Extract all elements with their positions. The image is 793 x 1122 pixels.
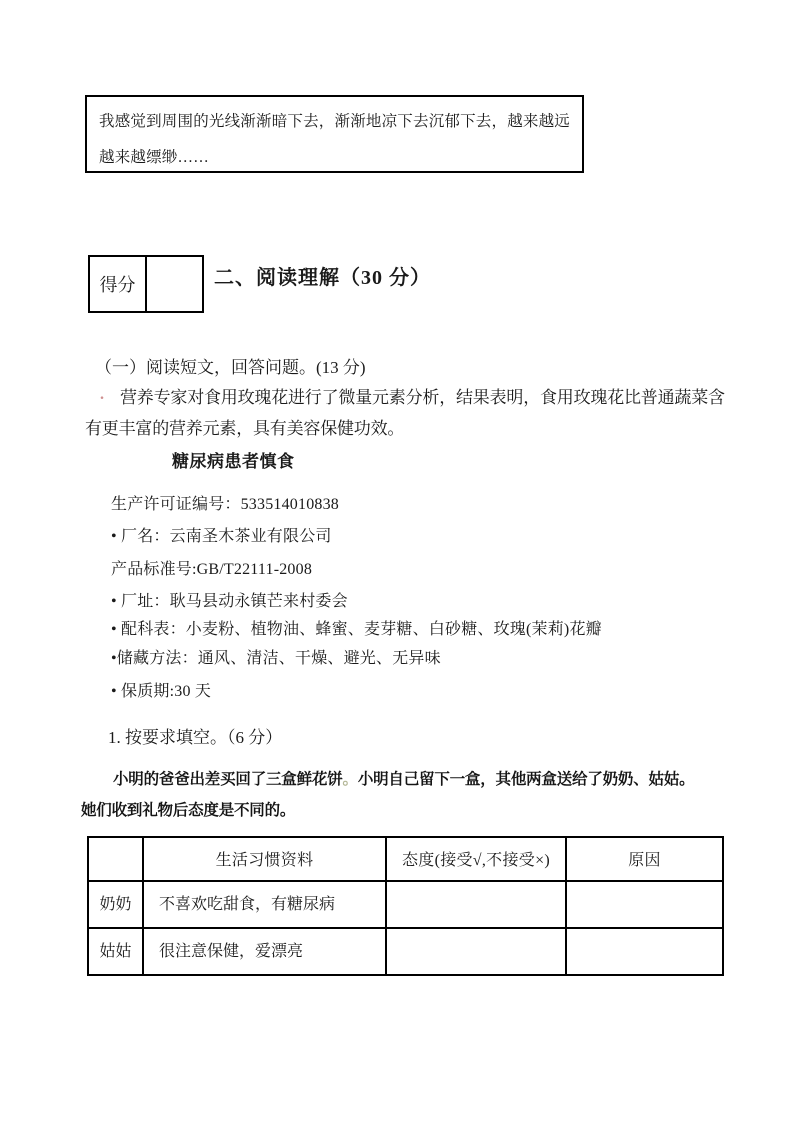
intro-paragraph-line-1: 营养专家对食用玫瑰花进行了微量元素分析，结果表明，食用玫瑰花比普通蔬菜含 bbox=[120, 383, 725, 408]
product-line-factory: • 厂名：云南圣木茶业有限公司 bbox=[111, 523, 332, 546]
story-line-1: 小明的爸爸出差买回了三盒鲜花饼。小明自己留下一盒，其他两盒送给了奶奶、姑姑。 bbox=[113, 767, 694, 789]
answer-table: 生活习惯资料 态度(接受√,不接受×) 原因 奶奶 不喜欢吃甜食，有糖尿病 姑姑… bbox=[87, 836, 724, 976]
header-cell-reason: 原因 bbox=[566, 837, 723, 881]
aunt-name-cell: 姑姑 bbox=[88, 928, 143, 975]
score-label-cell: 得分 bbox=[89, 256, 146, 312]
intro-paragraph-line-2: 有更丰富的营养元素，具有美容保健功效。 bbox=[85, 414, 404, 439]
score-value-cell bbox=[146, 256, 203, 312]
aunt-reason-cell bbox=[566, 928, 723, 975]
story-text-part2: 小明自己留下一盒，其他两盒送给了奶奶、姑姑。 bbox=[358, 771, 695, 788]
aunt-attitude-cell bbox=[386, 928, 566, 975]
aunt-habit-cell: 很注意保健，爱漂亮 bbox=[143, 928, 386, 975]
question-1-prompt: 1. 按要求填空。（6 分） bbox=[108, 723, 282, 748]
grandma-attitude-cell bbox=[386, 881, 566, 928]
score-box: 得分 bbox=[88, 255, 204, 313]
stray-mark: . bbox=[100, 386, 104, 404]
product-label-title: 糖尿病患者慎食 bbox=[172, 447, 295, 472]
product-line-shelf-life: • 保质期:30 天 bbox=[111, 678, 211, 701]
product-line-storage: •储藏方法：通风、清洁、干燥、避光、无异味 bbox=[111, 645, 441, 668]
grandma-habit-cell: 不喜欢吃甜食，有糖尿病 bbox=[143, 881, 386, 928]
part-heading: （一）阅读短文，回答问题。(13 分) bbox=[95, 353, 366, 378]
header-cell-habits: 生活习惯资料 bbox=[143, 837, 386, 881]
section-heading: 二、阅读理解（30 分） bbox=[214, 261, 431, 290]
grandma-name-cell: 奶奶 bbox=[88, 881, 143, 928]
header-cell-attitude: 态度(接受√,不接受×) bbox=[386, 837, 566, 881]
story-faded-period: 。 bbox=[343, 771, 358, 788]
table-row-aunt: 姑姑 很注意保健，爱漂亮 bbox=[88, 928, 723, 975]
product-line-license: 生产许可证编号：533514010838 bbox=[111, 491, 339, 514]
quote-line-1: 我感觉到周围的光线渐渐暗下去，渐渐地凉下去沉郁下去，越来越远 bbox=[99, 104, 570, 140]
quote-box: 我感觉到周围的光线渐渐暗下去，渐渐地凉下去沉郁下去，越来越远 越来越缥缈…… bbox=[85, 95, 584, 173]
product-line-standard: 产品标准号:GB/T22111-2008 bbox=[111, 556, 312, 579]
table-row-grandma: 奶奶 不喜欢吃甜食，有糖尿病 bbox=[88, 881, 723, 928]
answer-table-header-row: 生活习惯资料 态度(接受√,不接受×) 原因 bbox=[88, 837, 723, 881]
grandma-reason-cell bbox=[566, 881, 723, 928]
quote-line-2: 越来越缥缈…… bbox=[99, 140, 570, 176]
story-text-part1: 小明的爸爸出差买回了三盒鲜花饼 bbox=[113, 771, 343, 788]
story-line-2: 她们收到礼物后态度是不同的。 bbox=[81, 798, 295, 820]
product-line-address: • 厂址：耿马县动永镇芒来村委会 bbox=[111, 588, 348, 611]
exam-page: 我感觉到周围的光线渐渐暗下去，渐渐地凉下去沉郁下去，越来越远 越来越缥缈…… 得… bbox=[0, 0, 793, 1122]
product-line-ingredients: • 配科表：小麦粉、植物油、蜂蜜、麦芽糖、白砂糖、玫瑰(茉莉)花瓣 bbox=[111, 616, 602, 639]
header-cell-empty bbox=[88, 837, 143, 881]
